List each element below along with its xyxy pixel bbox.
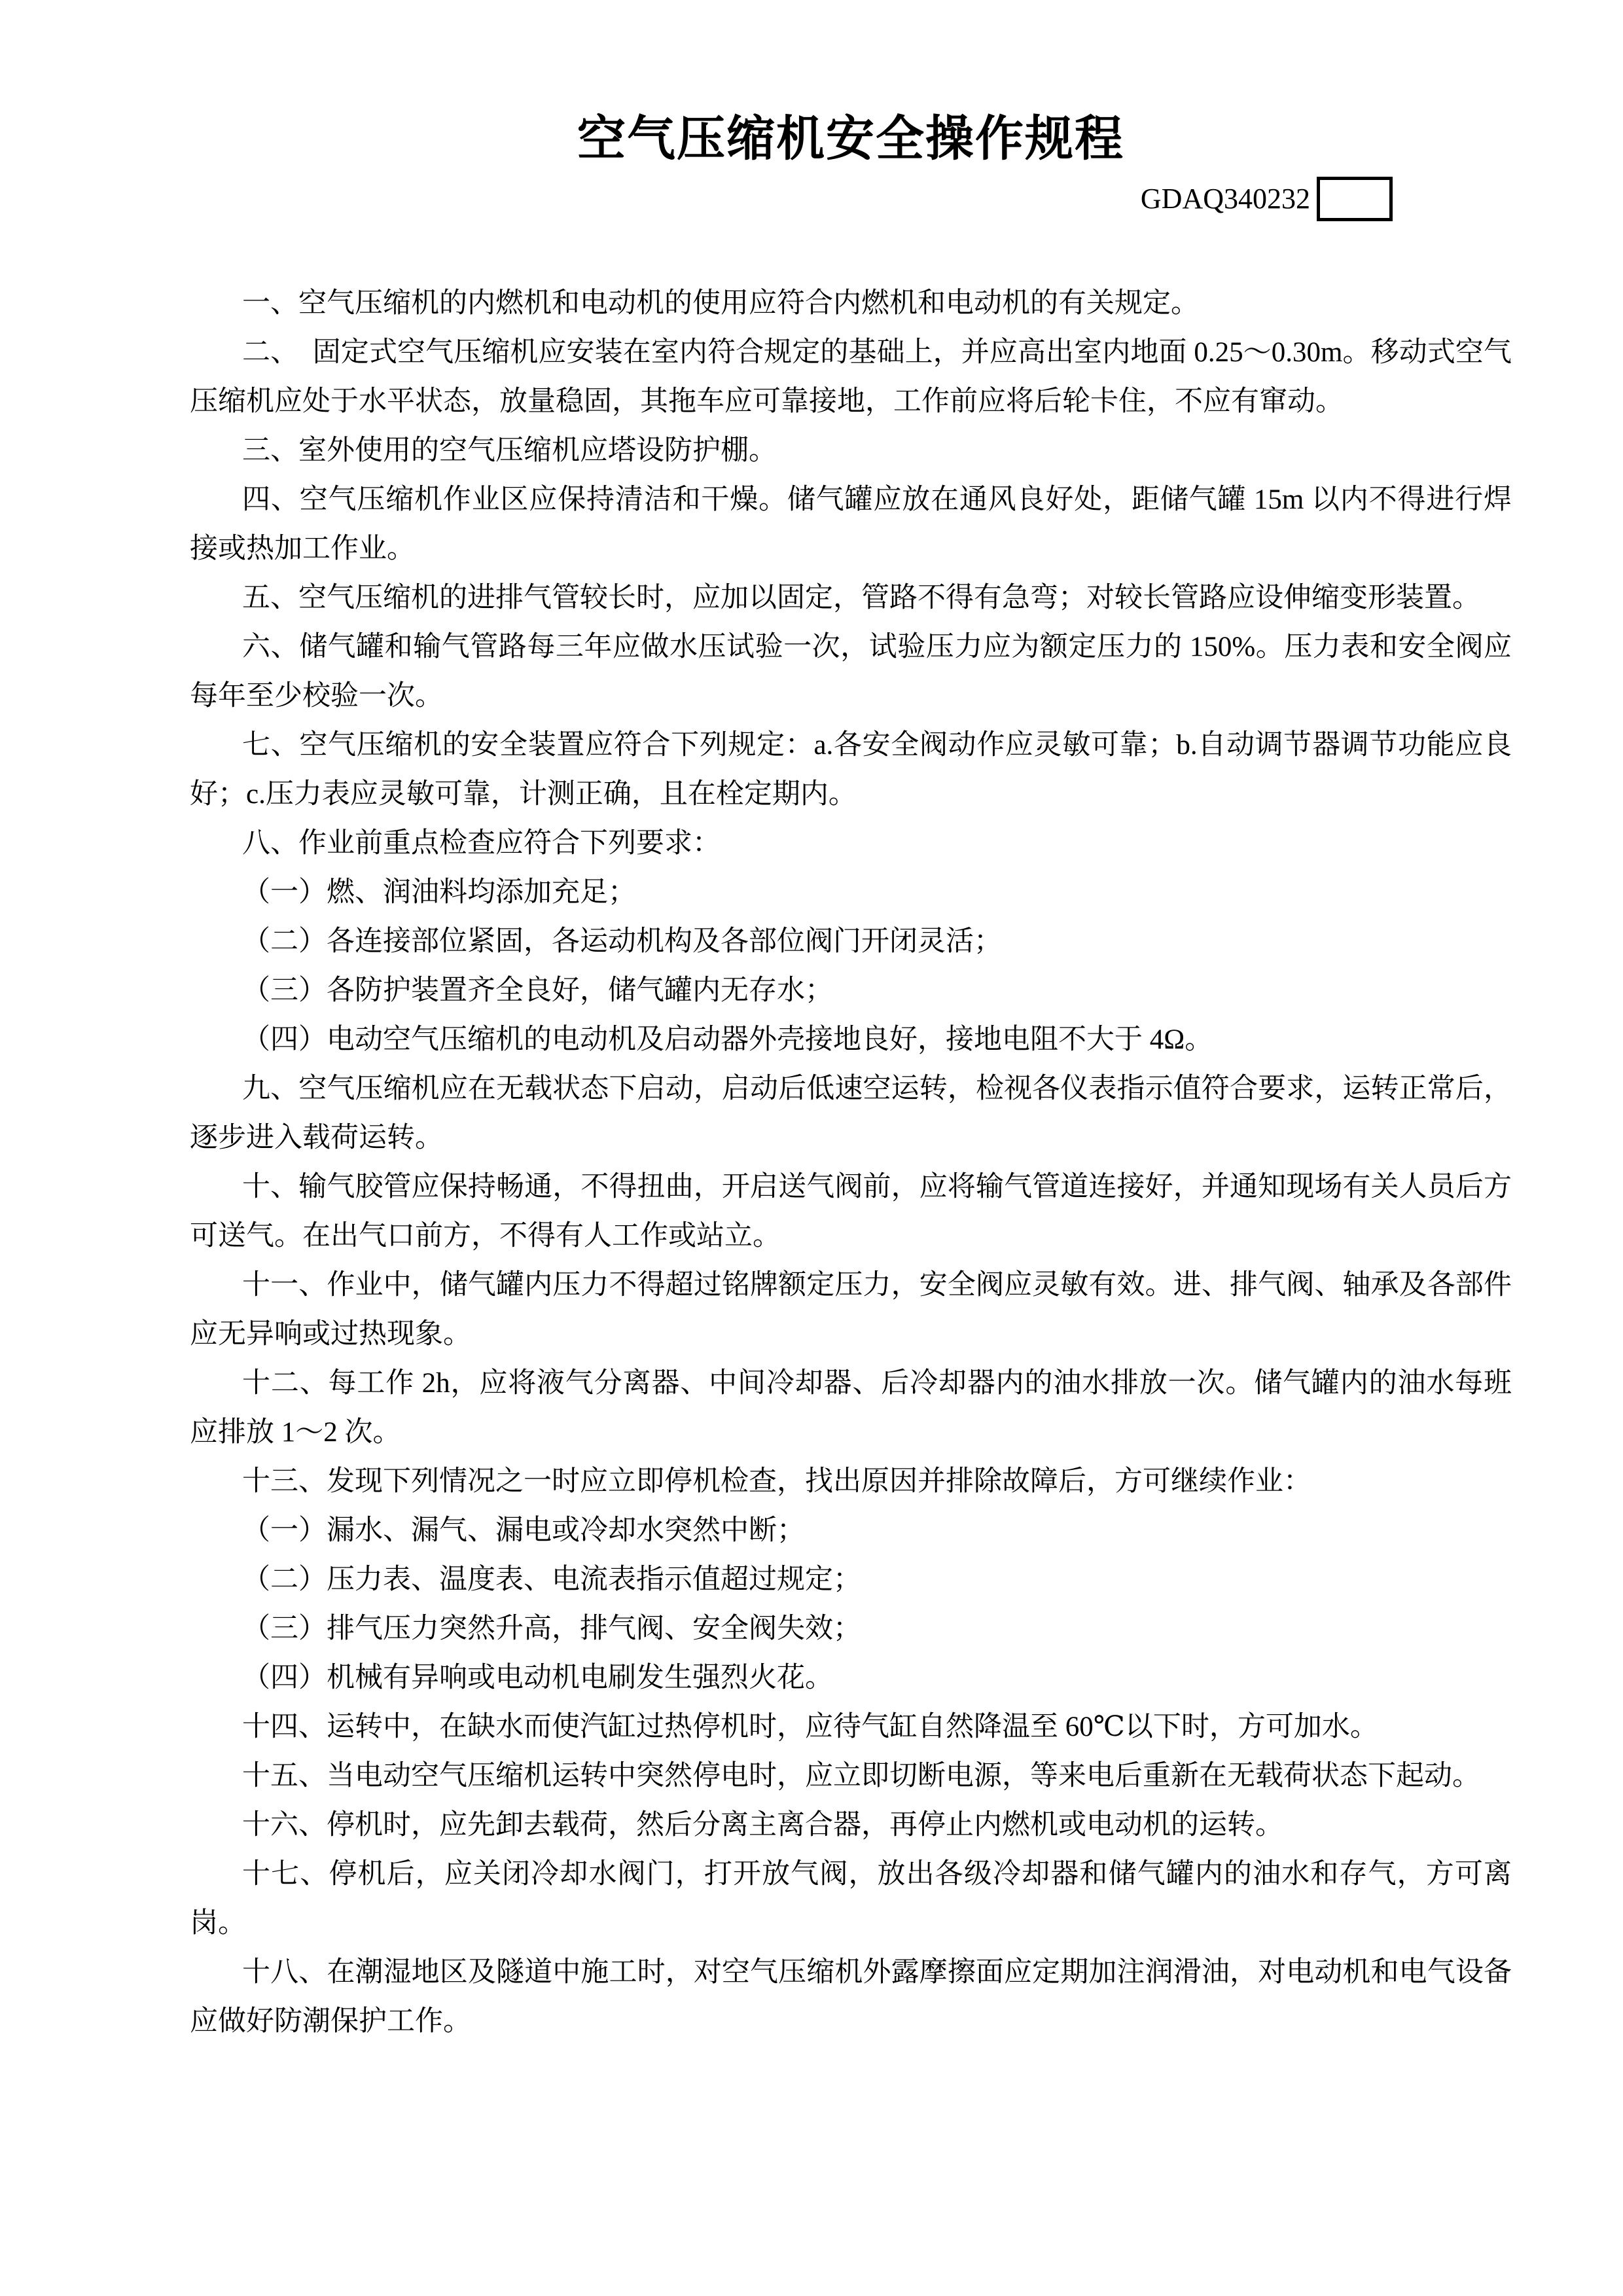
regulation-paragraph: 二、 固定式空气压缩机应安装在室内符合规定的基础上，并应高出室内地面 0.25～…	[190, 328, 1512, 426]
regulation-paragraph: （一）漏水、漏气、漏电或冷却水突然中断；	[190, 1506, 1512, 1555]
regulation-paragraph: （四）电动空气压缩机的电动机及启动器外壳接地良好，接地电阻不大于 4Ω。	[190, 1015, 1512, 1064]
regulation-paragraph: 十八、在潮湿地区及隧道中施工时，对空气压缩机外露摩擦面应定期加注润滑油，对电动机…	[190, 1948, 1512, 2046]
document-page: 空气压缩机安全操作规程 GDAQ340232 一、空气压缩机的内燃机和电动机的使…	[0, 0, 1623, 2296]
regulation-paragraph: 五、空气压缩机的进排气管较长时，应加以固定，管路不得有急弯；对较长管路应设伸缩变…	[190, 573, 1512, 622]
regulation-paragraph: 六、储气罐和输气管路每三年应做水压试验一次，试验压力应为额定压力的 150%。压…	[190, 622, 1512, 721]
regulation-paragraph: 八、作业前重点检查应符合下列要求：	[190, 819, 1512, 868]
regulation-paragraph: 三、室外使用的空气压缩机应塔设防护棚。	[190, 426, 1512, 475]
regulation-paragraph: 十六、停机时，应先卸去载荷，然后分离主离合器，再停止内燃机或电动机的运转。	[190, 1801, 1512, 1850]
page-title: 空气压缩机安全操作规程	[190, 0, 1512, 166]
regulation-paragraph: （二）压力表、温度表、电流表指示值超过规定；	[190, 1555, 1512, 1604]
regulation-list: 一、空气压缩机的内燃机和电动机的使用应符合内燃机和电动机的有关规定。二、 固定式…	[190, 279, 1512, 2046]
regulation-paragraph: 七、空气压缩机的安全装置应符合下列规定：a.各安全阀动作应灵敏可靠；b.自动调节…	[190, 721, 1512, 819]
regulation-paragraph: 十、输气胶管应保持畅通，不得扭曲，开启送气阀前，应将输气管道连接好，并通知现场有…	[190, 1162, 1512, 1261]
regulation-paragraph: 九、空气压缩机应在无载状态下启动，启动后低速空运转，检视各仪表指示值符合要求，运…	[190, 1064, 1512, 1162]
regulation-paragraph: （四）机械有异响或电动机电刷发生强烈火花。	[190, 1653, 1512, 1702]
document-code: GDAQ340232	[1141, 185, 1310, 213]
regulation-paragraph: 十四、运转中，在缺水而使汽缸过热停机时，应待气缸自然降温至 60℃以下时，方可加…	[190, 1702, 1512, 1751]
regulation-paragraph: （三）排气压力突然升高，排气阀、安全阀失效；	[190, 1604, 1512, 1653]
document-code-row: GDAQ340232	[0, 177, 1393, 221]
regulation-paragraph: 十五、当电动空气压缩机运转中突然停电时，应立即切断电源，等来电后重新在无载荷状态…	[190, 1751, 1512, 1801]
regulation-paragraph: 十二、每工作 2h，应将液气分离器、中间冷却器、后冷却器内的油水排放一次。储气罐…	[190, 1359, 1512, 1457]
regulation-paragraph: 十七、停机后，应关闭冷却水阀门，打开放气阀，放出各级冷却器和储气罐内的油水和存气…	[190, 1850, 1512, 1948]
regulation-paragraph: 十三、发现下列情况之一时应立即停机检查，找出原因并排除故障后，方可继续作业：	[190, 1457, 1512, 1506]
regulation-paragraph: 四、空气压缩机作业区应保持清洁和干燥。储气罐应放在通风良好处，距储气罐 15m …	[190, 475, 1512, 573]
regulation-paragraph: 十一、作业中，储气罐内压力不得超过铭牌额定压力，安全阀应灵敏有效。进、排气阀、轴…	[190, 1261, 1512, 1359]
regulation-paragraph: （一）燃、润油料均添加充足；	[190, 868, 1512, 917]
regulation-paragraph: （二）各连接部位紧固，各运动机构及各部位阀门开闭灵活；	[190, 917, 1512, 966]
blank-code-box	[1317, 177, 1393, 221]
regulation-paragraph: 一、空气压缩机的内燃机和电动机的使用应符合内燃机和电动机的有关规定。	[190, 279, 1512, 328]
regulation-paragraph: （三）各防护装置齐全良好，储气罐内无存水；	[190, 966, 1512, 1015]
